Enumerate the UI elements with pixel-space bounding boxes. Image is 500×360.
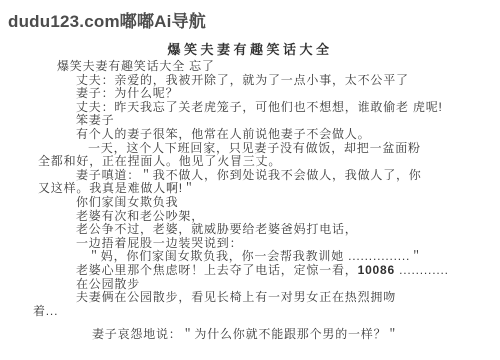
text-line: 又这样。我真是难做人啊!＂ xyxy=(0,182,500,196)
page-title: 爆笑夫妻有趣笑话大全 xyxy=(0,39,500,58)
text-line: 你们家闺女欺负我 xyxy=(0,196,500,210)
joke-text-body: 爆笑夫妻有趣笑话大全 忘了 丈夫：亲爱的，我被开除了，就为了一点小事，太不公平了… xyxy=(0,60,500,342)
text-line: 妻子哀怨地说：＂为什么你就不能跟那个男的一样？＂ xyxy=(0,328,500,342)
text-line: 爆笑夫妻有趣笑话大全 忘了 xyxy=(0,60,500,74)
phone-number: 10086 xyxy=(358,263,395,277)
text-line: 老婆心里那个焦虑呀！上去夺了电话，定惊一看，10086 ............ xyxy=(0,264,500,278)
text-line: 妻子：为什么呢？ xyxy=(0,87,500,101)
text-line: 老公争不过，老婆，就威胁要给老婆爸妈打电话， xyxy=(0,223,500,237)
text-line: 笨妻子 xyxy=(0,114,500,128)
site-logo: dudu123.com嘟嘟Ai导航 xyxy=(8,7,206,32)
text-line: 丈夫：昨天我忘了关老虎笼子，可他们也不想想，谁敢偷老 虎呢! xyxy=(0,101,500,115)
text-line: 着... xyxy=(0,305,500,319)
text-line: 有个人的妻子很笨，他常在人前说他妻子不会做人。 xyxy=(0,128,500,142)
text-segment: 老婆心里那个焦虑呀！上去夺了电话，定惊一看， xyxy=(76,263,358,277)
text-segment: ............ xyxy=(395,263,449,277)
text-line: 夫妻俩在公园散步，看见长椅上有一对男女正在热烈拥吻 xyxy=(0,291,500,305)
text-line: 全都和好，正在捏面人。他见了火冒三丈。 xyxy=(0,155,500,169)
text-line: ＂妈，你们家闺女欺负我，你一会帮我教训她 ...............＂ xyxy=(0,250,500,264)
text-line: 丈夫：亲爱的，我被开除了，就为了一点小事，太不公平了 xyxy=(0,74,500,88)
